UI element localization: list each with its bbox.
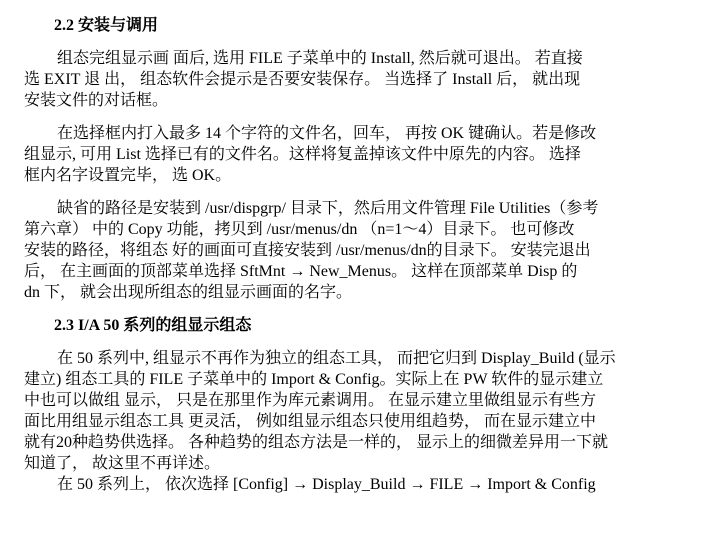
text-line: 第六章） 中的 Copy 功能，拷贝到 /usr/menus/dn （n=1～4… — [24, 219, 702, 240]
text-line: 缺省的路径是安装到 /usr/dispgrp/ 目录下，然后用文件管理 File… — [24, 198, 702, 219]
text-line: 安装文件的对话框。 — [24, 90, 702, 111]
text-line: 选 EXIT 退 出， 组态软件会提示是否要安装保存。 当选择了 Install… — [24, 69, 702, 90]
text-line: 就有20种趋势供选择。 各种趋势的组态方法是一样的， 显示上的细微差异用一下就 — [24, 432, 702, 453]
paragraph-install-exit: 组态完组显示画 面后, 选用 FILE 子菜单中的 Install, 然后就可退… — [24, 48, 702, 111]
paragraph-filename-dialog: 在选择框内打入最多 14 个字符的文件名，回车， 再按 OK 键确认。若是修改组… — [24, 123, 702, 186]
text-line: 在选择框内打入最多 14 个字符的文件名，回车， 再按 OK 键确认。若是修改 — [24, 123, 702, 144]
text-line: 面比用组显示组态工具 更灵活， 例如组显示组态只使用组趋势， 而在显示建立中 — [24, 411, 702, 432]
paragraph-default-path: 缺省的路径是安装到 /usr/dispgrp/ 目录下，然后用文件管理 File… — [24, 198, 702, 303]
text-line: 组态完组显示画 面后, 选用 FILE 子菜单中的 Install, 然后就可退… — [24, 48, 702, 69]
text-line: 在 50 系列中, 组显示不再作为独立的组态工具， 而把它归到 Display_… — [24, 348, 702, 369]
text-line: 后， 在主画面的顶部菜单选择 SftMnt → New_Menus。 这样在顶部… — [24, 261, 702, 282]
text-line: 框内名字设置完毕， 选 OK。 — [24, 165, 702, 186]
text-line: 中也可以做组 显示， 只是在那里作为库元素调用。 在显示建立里做组显示有些方 — [24, 390, 702, 411]
text-line: 安装的路径，将组态 好的画面可直接安装到 /usr/menus/dn的目录下。 … — [24, 240, 702, 261]
text-line: 在 50 系列上， 依次选择 [Config] → Display_Build … — [24, 474, 702, 495]
text-line: dn 下， 就会出现所组态的组显示画面的名字。 — [24, 282, 702, 303]
section-heading-2-2: 2.2 安装与调用 — [24, 15, 702, 36]
text-line: 知道了， 故这里不再详述。 — [24, 453, 702, 474]
text-line: 组显示, 可用 List 选择已有的文件名。这样将复盖掉该文件中原先的内容。 选… — [24, 144, 702, 165]
paragraph-50-series-menu-path: 在 50 系列上， 依次选择 [Config] → Display_Build … — [24, 474, 702, 495]
section-heading-2-3: 2.3 I/A 50 系列的组显示组态 — [24, 315, 702, 336]
paragraph-50-series: 在 50 系列中, 组显示不再作为独立的组态工具， 而把它归到 Display_… — [24, 348, 702, 474]
document-page: 2.2 安装与调用组态完组显示画 面后, 选用 FILE 子菜单中的 Insta… — [0, 0, 720, 540]
text-line: 建立) 组态工具的 FILE 子菜单中的 Import & Config。实际上… — [24, 369, 702, 390]
